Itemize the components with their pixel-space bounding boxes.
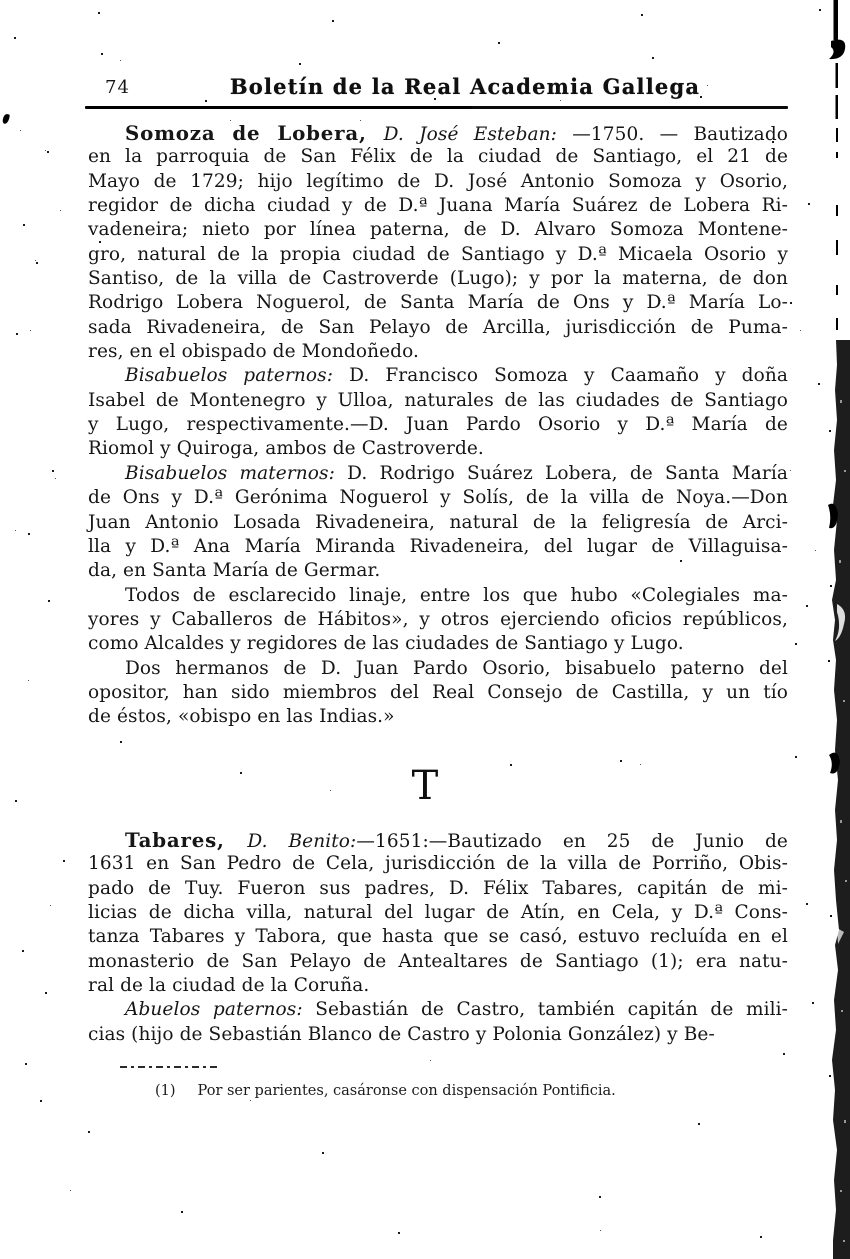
text-run: Bisabuelos paternos: bbox=[125, 365, 333, 386]
text-run: Santiso, de la villa de Castroverde (Lug… bbox=[88, 268, 788, 289]
text-line: tanza Tabares y Tabora, que hasta que se… bbox=[88, 925, 788, 949]
text-run: Abuelos paternos: bbox=[125, 999, 303, 1020]
book-spine-scan-edge bbox=[820, 0, 850, 1259]
text-run: ral de la ciudad de la Coruña. bbox=[88, 975, 369, 996]
paragraph: Dos hermanos de D. Juan Pardo Osorio, bi… bbox=[88, 657, 788, 730]
text-line: de Ons y D.ª Gerónima Noguerol y Solís, … bbox=[88, 486, 788, 510]
text-run: de éstos, «obispo en las Indias.» bbox=[88, 706, 395, 727]
text-line: como Alcaldes y regidores de las ciudade… bbox=[88, 632, 788, 656]
text-line: Somoza de Lobera, D. José Esteban: —1750… bbox=[88, 121, 788, 145]
text-run: Todos de esclarecido linaje, entre los q… bbox=[125, 585, 788, 606]
text-line: Dos hermanos de D. Juan Pardo Osorio, bi… bbox=[88, 657, 788, 681]
text-run: D. Francisco Somoza y Caamaño y doña bbox=[333, 365, 788, 386]
text-line: y Lugo, respectivamente.—D. Juan Pardo O… bbox=[88, 413, 788, 437]
footnote-divider bbox=[120, 1066, 217, 1068]
text-run: 1631 en San Pedro de Cela, jurisdicción … bbox=[88, 853, 788, 874]
text-line: Rodrigo Lobera Noguerol, de Santa María … bbox=[88, 291, 788, 315]
text-line: cias (hijo de Sebastián Blanco de Castro… bbox=[88, 1023, 788, 1047]
text-run: Somoza de Lobera, bbox=[125, 121, 384, 145]
text-run: y Lugo, respectivamente.—D. Juan Pardo O… bbox=[88, 414, 788, 435]
text-run: en la parroquia de San Félix de la ciuda… bbox=[88, 146, 788, 167]
text-run: Riomol y Quiroga, ambos de Castroverde. bbox=[88, 438, 484, 459]
text-line: Santiso, de la villa de Castroverde (Lug… bbox=[88, 267, 788, 291]
text-line: Riomol y Quiroga, ambos de Castroverde. bbox=[88, 437, 788, 461]
text-run: Sebastián de Castro, también capitán de … bbox=[303, 999, 788, 1020]
text-run: Rodrigo Lobera Noguerol, de Santa María … bbox=[88, 292, 788, 313]
text-run: vadeneira; nieto por línea paterna, de D… bbox=[88, 219, 788, 240]
text-line: res, en el obispado de Mondoñedo. bbox=[88, 340, 788, 364]
text-run: Dos hermanos de D. Juan Pardo Osorio, bi… bbox=[125, 658, 788, 679]
text-run: opositor, han sido miembros del Real Con… bbox=[88, 682, 788, 703]
text-line: Tabares, D. Benito:—1651:—Bautizado en 2… bbox=[88, 828, 788, 852]
paragraph: Bisabuelos maternos: D. Rodrigo Suárez L… bbox=[88, 462, 788, 584]
text-line: 1631 en San Pedro de Cela, jurisdicción … bbox=[88, 852, 788, 876]
text-line: en la parroquia de San Félix de la ciuda… bbox=[88, 145, 788, 169]
text-line: yores y Caballeros de Hábitos», y otros … bbox=[88, 608, 788, 632]
text-run: Tabares, bbox=[125, 828, 247, 852]
text-run: tanza Tabares y Tabora, que hasta que se… bbox=[88, 926, 788, 947]
text-line: ral de la ciudad de la Coruña. bbox=[88, 974, 788, 998]
text-run: yores y Caballeros de Hábitos», y otros … bbox=[88, 609, 788, 630]
page-header: 74 Boletín de la Real Academia Gallega bbox=[88, 74, 788, 100]
text-run: —1651:—Bautizado en 25 de Junio de bbox=[356, 831, 788, 852]
text-line: de éstos, «obispo en las Indias.» bbox=[88, 705, 788, 729]
paragraph: Todos de esclarecido linaje, entre los q… bbox=[88, 584, 788, 657]
text-run: res, en el obispado de Mondoñedo. bbox=[88, 341, 419, 362]
text-run: de Ons y D.ª Gerónima Noguerol y Solís, … bbox=[88, 487, 788, 508]
text-line: Bisabuelos maternos: D. Rodrigo Suárez L… bbox=[88, 462, 788, 486]
text-line: da, en Santa María de Germar. bbox=[88, 559, 788, 583]
text-run: Juan Antonio Losada Rivadeneira, natural… bbox=[88, 512, 788, 533]
text-run: lla y D.ª Ana María Miranda Rivadeneira,… bbox=[88, 536, 788, 557]
text-line: monasterio de San Pelayo de Antealtares … bbox=[88, 950, 788, 974]
text-run: D. Rodrigo Suárez Lobera, de Santa María bbox=[335, 463, 788, 484]
text-line: lla y D.ª Ana María Miranda Rivadeneira,… bbox=[88, 535, 788, 559]
text-run: Isabel de Montenegro y Ulloa, naturales … bbox=[88, 390, 788, 411]
text-run: Mayo de 1729; hijo legítimo de D. José A… bbox=[88, 171, 788, 192]
text-line: vadeneira; nieto por línea paterna, de D… bbox=[88, 218, 788, 242]
footnote: (1)Por ser parientes, casáronse con disp… bbox=[155, 1083, 715, 1099]
section-letter-t: T bbox=[85, 763, 765, 809]
text-line: Abuelos paternos: Sebastián de Castro, t… bbox=[88, 998, 788, 1022]
scanned-book-page: 74 Boletín de la Real Academia Gallega S… bbox=[0, 0, 850, 1259]
text-run: regidor de dicha ciudad y de D.ª Juana M… bbox=[88, 195, 788, 216]
entry-tabares-text: Tabares, D. Benito:—1651:—Bautizado en 2… bbox=[88, 828, 788, 1047]
header-title: Boletín de la Real Academia Gallega bbox=[88, 74, 788, 99]
header-rule bbox=[85, 106, 788, 109]
scan-noise-dots-light bbox=[0, 0, 1, 1]
text-run: Bisabuelos maternos: bbox=[125, 463, 335, 484]
text-run: pado de Tuy. Fueron sus padres, D. Félix… bbox=[88, 878, 788, 899]
text-line: gro, natural de la propia ciudad de Sant… bbox=[88, 243, 788, 267]
paragraph: Somoza de Lobera, D. José Esteban: —1750… bbox=[88, 121, 788, 364]
footnote-text: Por ser parientes, casáronse con dispens… bbox=[198, 1083, 616, 1099]
paragraph: Bisabuelos paternos: D. Francisco Somoza… bbox=[88, 364, 788, 461]
text-line: Juan Antonio Losada Rivadeneira, natural… bbox=[88, 511, 788, 535]
entry-somoza-text: Somoza de Lobera, D. José Esteban: —1750… bbox=[88, 121, 788, 730]
text-line: pado de Tuy. Fueron sus padres, D. Félix… bbox=[88, 877, 788, 901]
text-line: sada Rivadeneira, de San Pelayo de Arcil… bbox=[88, 316, 788, 340]
paragraph: Abuelos paternos: Sebastián de Castro, t… bbox=[88, 998, 788, 1047]
text-run: como Alcaldes y regidores de las ciudade… bbox=[88, 633, 684, 654]
text-run: sada Rivadeneira, de San Pelayo de Arcil… bbox=[88, 317, 788, 338]
text-run: —1750. — Bautizado bbox=[557, 124, 788, 145]
text-line: Todos de esclarecido linaje, entre los q… bbox=[88, 584, 788, 608]
text-line: regidor de dicha ciudad y de D.ª Juana M… bbox=[88, 194, 788, 218]
text-run: D. Benito: bbox=[247, 831, 356, 852]
text-line: opositor, han sido miembros del Real Con… bbox=[88, 681, 788, 705]
footnote-marker: (1) bbox=[155, 1083, 176, 1099]
text-run: da, en Santa María de Germar. bbox=[88, 560, 380, 581]
scan-speck-mark bbox=[2, 113, 10, 124]
text-run: cias (hijo de Sebastián Blanco de Castro… bbox=[88, 1024, 715, 1045]
text-line: Bisabuelos paternos: D. Francisco Somoza… bbox=[88, 364, 788, 388]
text-line: Isabel de Montenegro y Ulloa, naturales … bbox=[88, 389, 788, 413]
text-run: gro, natural de la propia ciudad de Sant… bbox=[88, 244, 788, 265]
text-line: licias de dicha villa, natural del lugar… bbox=[88, 901, 788, 925]
text-line: Mayo de 1729; hijo legítimo de D. José A… bbox=[88, 170, 788, 194]
paragraph: Tabares, D. Benito:—1651:—Bautizado en 2… bbox=[88, 828, 788, 998]
text-run: licias de dicha villa, natural del lugar… bbox=[88, 902, 788, 923]
text-run: D. José Esteban: bbox=[384, 124, 557, 145]
text-run: monasterio de San Pelayo de Antealtares … bbox=[88, 951, 788, 972]
